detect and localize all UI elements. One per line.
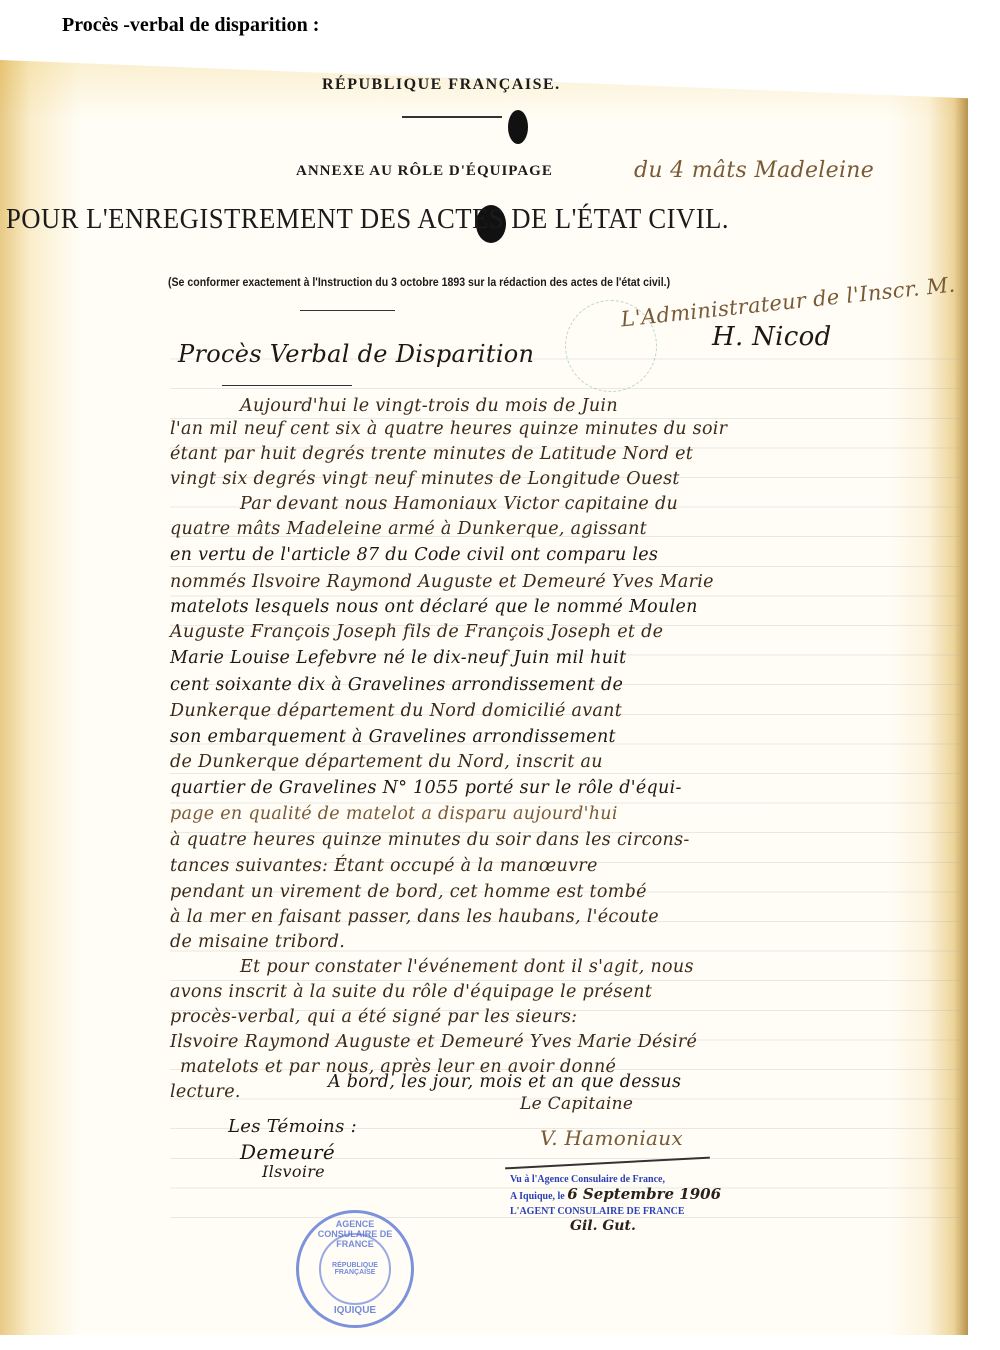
seal-center: RÉPUBLIQUE FRANÇAISE <box>319 1233 391 1305</box>
witness-signature-1: Demeuré <box>240 1140 335 1164</box>
visa-place: A Iquique, le <box>510 1191 565 1202</box>
text-line: l'an mil neuf cent six à quatre heures q… <box>170 419 727 439</box>
text-line: étant par huit degrés trente minutes de … <box>170 444 693 464</box>
text-line: procès-verbal, qui a été signé par les s… <box>170 1007 577 1027</box>
text-line: avons inscrit à la suite du rôle d'équip… <box>170 982 652 1002</box>
divider <box>222 385 352 386</box>
divider <box>402 116 502 118</box>
text-line: page en qualité de matelot a disparu auj… <box>170 804 618 824</box>
visa-place-date: A Iquique, le 6 Septembre 1906 <box>510 1187 721 1204</box>
text-line: Marie Louise Lefebvre né le dix-neuf Jui… <box>170 648 627 668</box>
visa-signature: Gil. Gut. <box>570 1219 721 1234</box>
witnesses-label: Les Témoins : <box>228 1116 357 1137</box>
witness-signature-2: Ilsvoire <box>262 1162 325 1181</box>
text-line: vingt six degrés vingt neuf minutes de L… <box>170 469 680 489</box>
text-line: lecture. <box>170 1082 241 1102</box>
text-line: Par devant nous Hamoniaux Victor capitai… <box>240 494 678 514</box>
text-line: en vertu de l'article 87 du Code civil o… <box>170 545 658 565</box>
form-title: POUR L'ENREGISTREMENT DES ACTES DE L'ÉTA… <box>6 203 729 236</box>
text-line: A bord, les jour, mois et an que dessus <box>328 1072 681 1092</box>
text-line: pendant un virement de bord, cet homme e… <box>170 882 647 902</box>
text-line: Et pour constater l'événement dont il s'… <box>240 957 694 977</box>
text-line: Aujourd'hui le vingt-trois du mois de Ju… <box>240 396 618 416</box>
ink-blot <box>508 110 528 144</box>
text-line: de misaine tribord. <box>170 932 345 952</box>
consular-seal-stamp: AGENCE CONSULAIRE DE FRANCE RÉPUBLIQUE F… <box>296 1210 414 1328</box>
document-title: Procès Verbal de Disparition <box>178 340 534 368</box>
captain-signature: V. Hamoniaux <box>540 1126 683 1150</box>
captain-label: Le Capitaine <box>520 1094 633 1114</box>
annexe-heading: ANNEXE AU RÔLE D'ÉQUIPAGE <box>296 163 553 180</box>
text-line: de Dunkerque département du Nord, inscri… <box>170 752 603 772</box>
text-line: cent soixante dix à Gravelines arrondiss… <box>170 675 623 695</box>
seal-center-line: RÉPUBLIQUE <box>332 1262 378 1269</box>
text-line: matelots lesquels nous ont déclaré que l… <box>170 597 698 617</box>
text-line: Auguste François Joseph fils de François… <box>170 622 663 642</box>
seal-city: IQUIQUE <box>309 1305 401 1316</box>
instruction-note: (Se conformer exactement à l'Instruction… <box>168 275 670 289</box>
consular-visa-stamp: Vu à l'Agence Consulaire de France, A Iq… <box>510 1172 721 1234</box>
divider <box>300 310 395 311</box>
ship-name-handwritten: du 4 mâts Madeleine <box>634 158 874 183</box>
seal-center-line: FRANÇAISE <box>335 1269 376 1276</box>
text-line: à la mer en faisant passer, dans les hau… <box>170 907 659 927</box>
text-line: quatre mâts Madeleine armé à Dunkerque, … <box>170 519 647 539</box>
text-line: son embarquement à Gravelines arrondisse… <box>170 727 616 747</box>
visa-date: 6 Septembre 1906 <box>567 1185 721 1203</box>
text-line: Dunkerque département du Nord domicilié … <box>170 701 622 721</box>
text-line: à quatre heures quinze minutes du soir d… <box>170 830 690 850</box>
republique-heading: RÉPUBLIQUE FRANÇAISE. <box>322 76 561 94</box>
text-line: tances suivantes: Étant occupé à la manœ… <box>170 856 598 876</box>
text-line: nommés Ilsvoire Raymond Auguste et Demeu… <box>170 572 714 592</box>
text-line: quartier de Gravelines N° 1055 porté sur… <box>170 778 682 798</box>
page-caption: Procès -verbal de disparition : <box>62 14 319 37</box>
admin-signature: H. Nicod <box>712 322 832 352</box>
text-line: Ilsvoire Raymond Auguste et Demeuré Yves… <box>170 1032 697 1052</box>
visa-line: L'AGENT CONSULAIRE DE FRANCE <box>510 1204 721 1219</box>
